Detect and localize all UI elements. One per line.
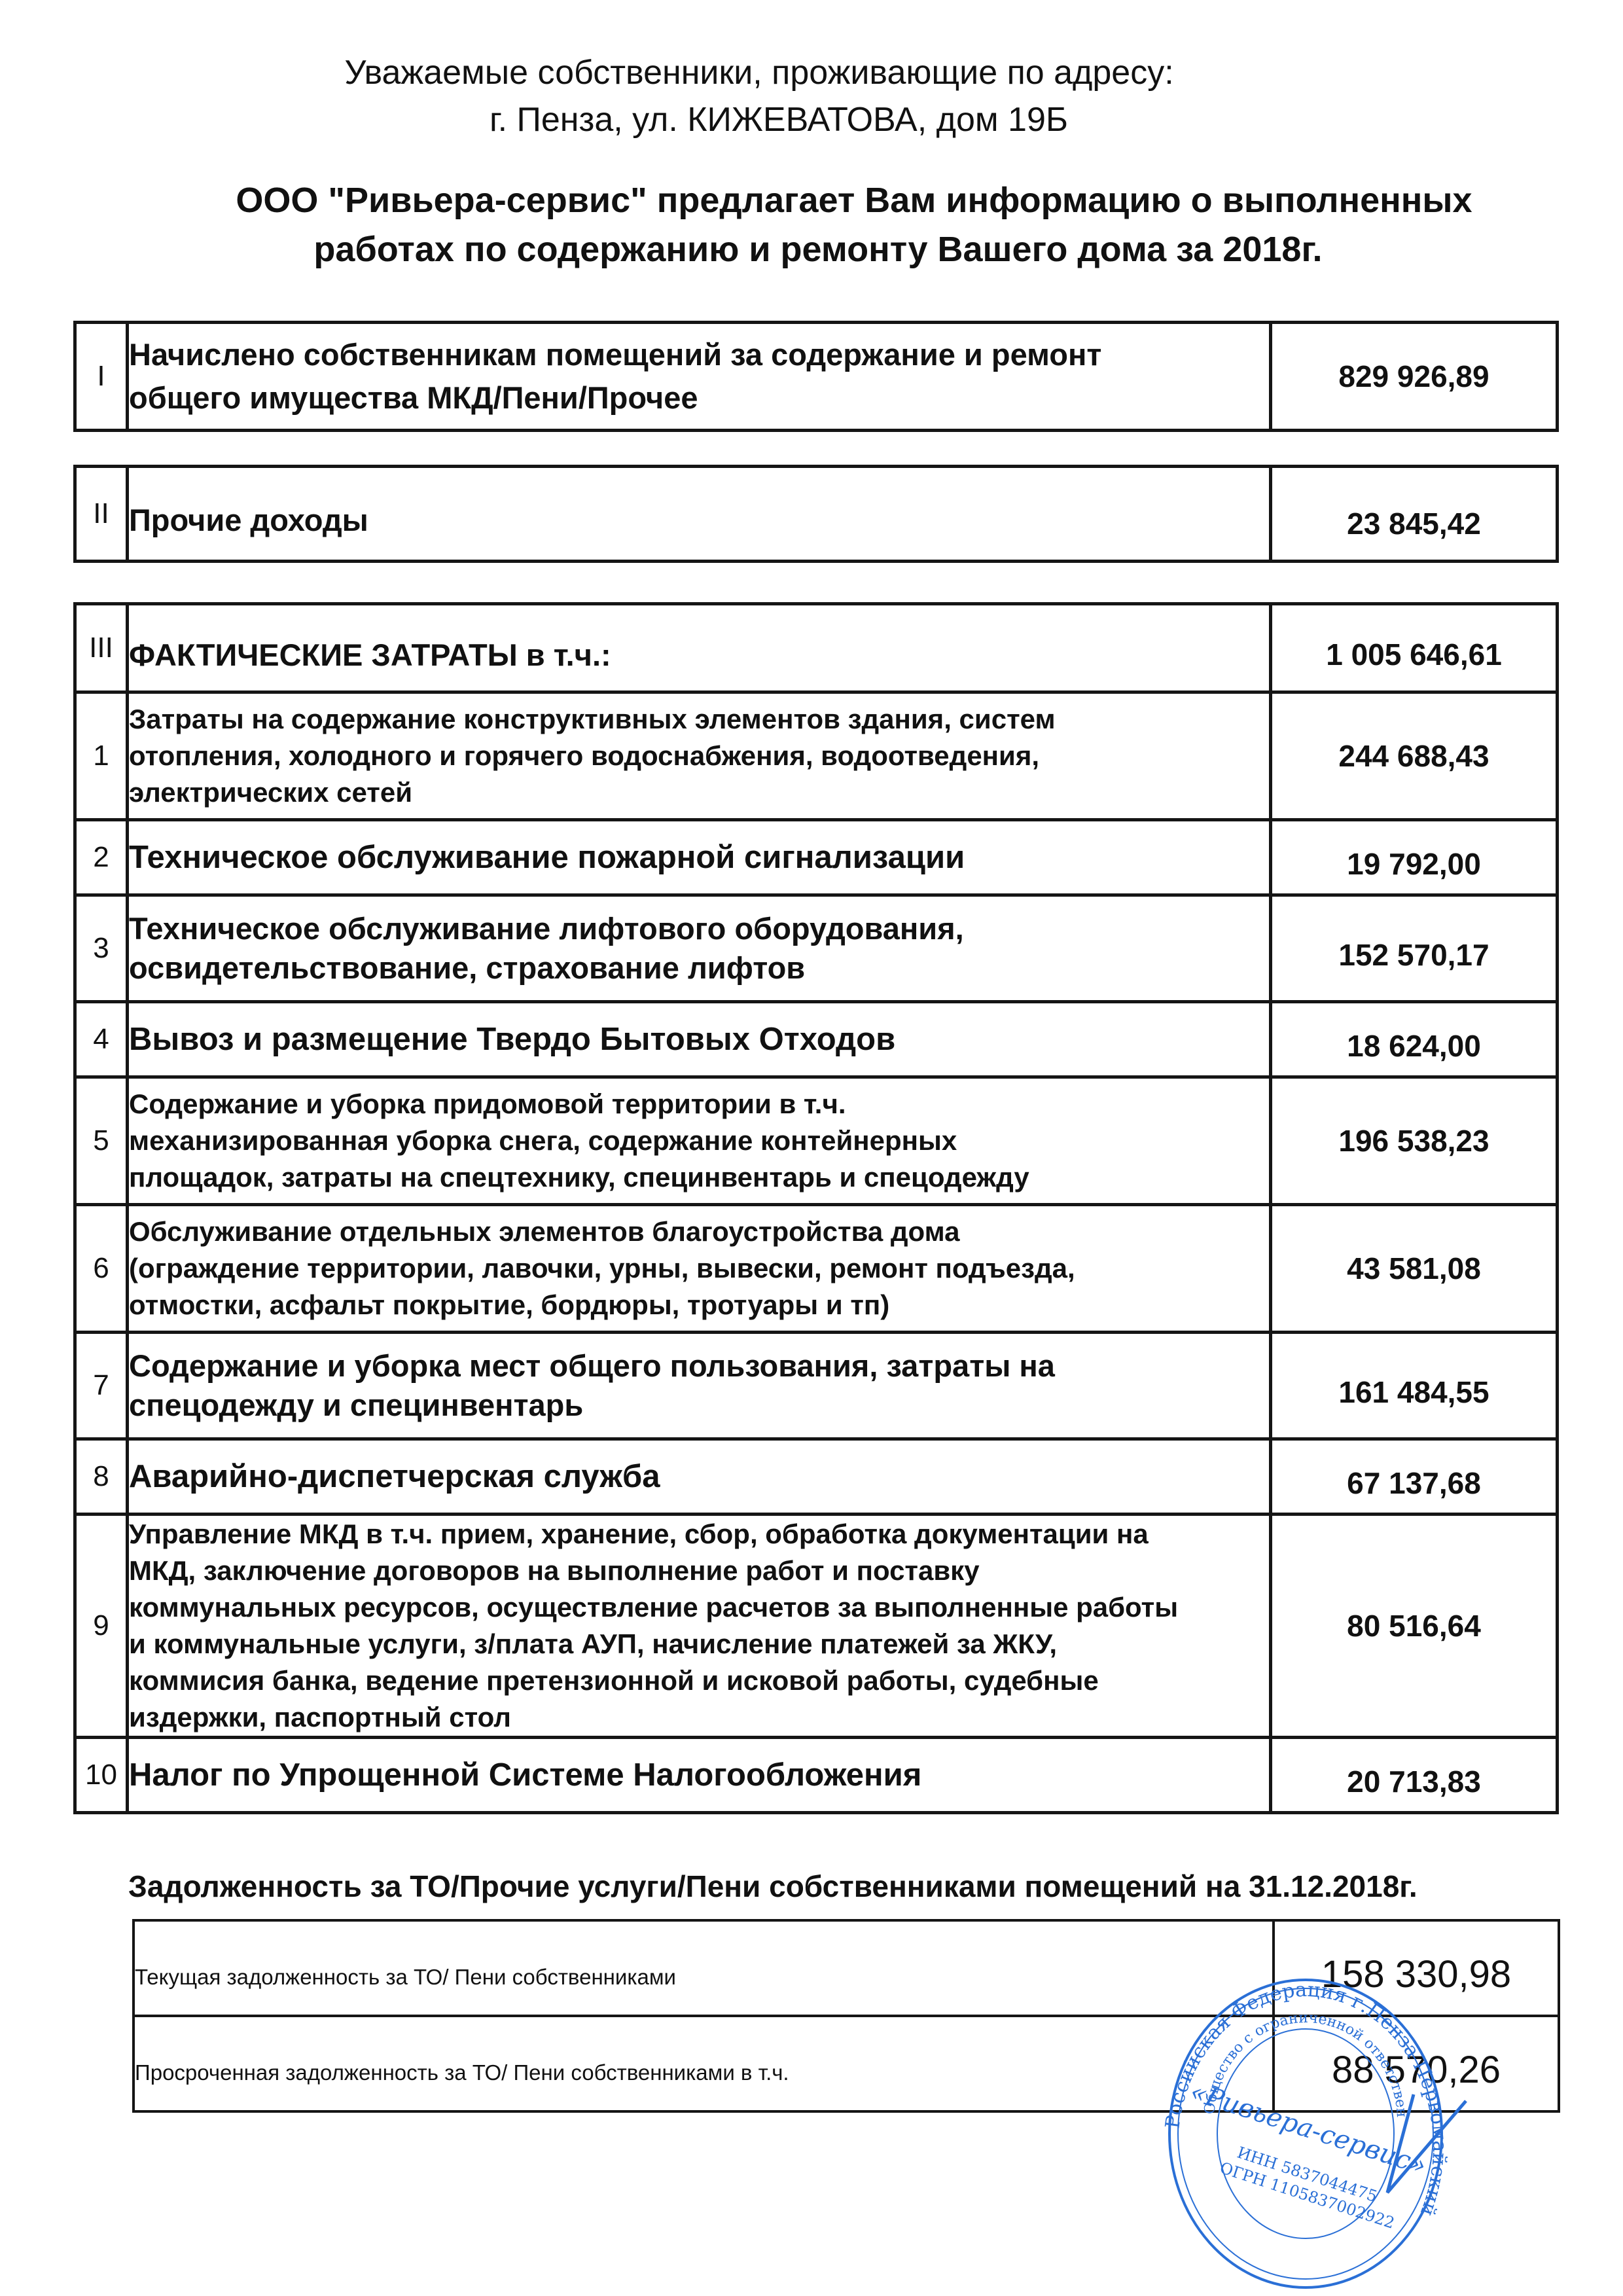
table-row: I Начислено собственникам помещений за с… [75, 323, 1558, 431]
row-value: 244 688,43 [1271, 692, 1558, 820]
description-line: механизированная уборка снега, содержани… [129, 1122, 1269, 1159]
row-description: Обслуживание отдельных элементов благоус… [128, 1205, 1271, 1333]
row-index: 8 [75, 1439, 128, 1515]
description-line: освидетельствование, страхование лифтов [129, 948, 1269, 988]
row-value: 23 845,42 [1271, 467, 1558, 562]
description-line: Начислено собственникам помещений за сод… [129, 333, 1269, 376]
table-row: 10Налог по Упрощенной Системе Налогообло… [75, 1738, 1558, 1813]
row-value: 43 581,08 [1271, 1205, 1558, 1333]
greeting-line-1: Уважаемые собственники, проживающие по а… [0, 51, 1571, 94]
row-value: 152 570,17 [1271, 895, 1558, 1002]
description-line: Затраты на содержание конструктивных эле… [129, 701, 1269, 738]
row-description: Вывоз и размещение Твердо Бытовых Отходо… [128, 1002, 1271, 1077]
row-description: Прочие доходы [128, 467, 1271, 562]
description-line: коммисия банка, ведение претензионной и … [129, 1662, 1269, 1699]
address-line: г. Пенза, ул. КИЖЕВАТОВА, дом 19Б [0, 98, 1590, 141]
description-line: Обслуживание отдельных элементов благоус… [129, 1213, 1269, 1250]
row-value: 20 713,83 [1271, 1738, 1558, 1813]
row-value: 161 484,55 [1271, 1333, 1558, 1439]
table-row: 9Управление МКД в т.ч. прием, хранение, … [75, 1515, 1558, 1738]
description-line: Аварийно-диспетчерская служба [129, 1455, 1269, 1498]
row-index: I [75, 323, 128, 431]
description-line: площадок, затраты на спецтехнику, специн… [129, 1159, 1269, 1196]
intro-line-2: работах по содержанию и ремонту Вашего д… [79, 226, 1558, 273]
actual-costs-table: III ФАКТИЧЕСКИЕ ЗАТРАТЫ в т.ч.: 1 005 64… [73, 602, 1559, 1814]
row-label: Просроченная задолженность за ТО/ Пени с… [134, 2016, 1274, 2111]
signature-icon [1374, 2088, 1505, 2206]
row-value: 829 926,89 [1271, 323, 1558, 431]
row-index: 7 [75, 1333, 128, 1439]
row-description: Налог по Упрощенной Системе Налогообложе… [128, 1738, 1271, 1813]
row-index: 10 [75, 1738, 128, 1813]
row-description: ФАКТИЧЕСКИЕ ЗАТРАТЫ в т.ч.: [128, 604, 1271, 692]
table-row: II Прочие доходы 23 845,42 [75, 467, 1558, 562]
accrued-table: I Начислено собственникам помещений за с… [73, 321, 1559, 432]
row-index: II [75, 467, 128, 562]
row-description: Содержание и уборка придомовой территори… [128, 1077, 1271, 1205]
description-line: Техническое обслуживание лифтового обору… [129, 909, 1269, 948]
other-income-table: II Прочие доходы 23 845,42 [73, 465, 1559, 563]
table-row: 1Затраты на содержание конструктивных эл… [75, 692, 1558, 820]
description-line: коммунальных ресурсов, осуществление рас… [129, 1589, 1269, 1626]
row-description: Содержание и уборка мест общего пользова… [128, 1333, 1271, 1439]
debt-title: Задолженность за ТО/Прочие услуги/Пени с… [128, 1869, 1623, 1904]
row-index: 6 [75, 1205, 128, 1333]
row-index: 1 [75, 692, 128, 820]
table-row-total: III ФАКТИЧЕСКИЕ ЗАТРАТЫ в т.ч.: 1 005 64… [75, 604, 1558, 692]
table-row: 5Содержание и уборка придомовой территор… [75, 1077, 1558, 1205]
row-index: III [75, 604, 128, 692]
row-index: 9 [75, 1515, 128, 1738]
row-label: Текущая задолженность за ТО/ Пени собств… [134, 1920, 1274, 2016]
row-value: 196 538,23 [1271, 1077, 1558, 1205]
row-index: 4 [75, 1002, 128, 1077]
row-index: 5 [75, 1077, 128, 1205]
description-line: отопления, холодного и горячего водоснаб… [129, 738, 1269, 774]
description-line: МКД, заключение договоров на выполнение … [129, 1552, 1269, 1589]
table-row: 3Техническое обслуживание лифтового обор… [75, 895, 1558, 1002]
table-row: 6Обслуживание отдельных элементов благоу… [75, 1205, 1558, 1333]
description-line: и коммунальные услуги, з/плата АУП, начи… [129, 1626, 1269, 1662]
table-row: 7Содержание и уборка мест общего пользов… [75, 1333, 1558, 1439]
row-description: Начислено собственникам помещений за сод… [128, 323, 1271, 431]
intro-line-1: ООО "Ривьера-сервис" предлагает Вам инфо… [115, 177, 1594, 224]
description-line: Содержание и уборка придомовой территори… [129, 1086, 1269, 1122]
table-row: 8Аварийно-диспетчерская служба67 137,68 [75, 1439, 1558, 1515]
row-description: Аварийно-диспетчерская служба [128, 1439, 1271, 1515]
description-line: электрических сетей [129, 774, 1269, 811]
table-row: 4Вывоз и размещение Твердо Бытовых Отход… [75, 1002, 1558, 1077]
row-value: 1 005 646,61 [1271, 604, 1558, 692]
description-line: Вывоз и размещение Твердо Бытовых Отходо… [129, 1018, 1269, 1061]
row-description: Техническое обслуживание пожарной сигнал… [128, 820, 1271, 895]
table-row: 2Техническое обслуживание пожарной сигна… [75, 820, 1558, 895]
description-line: Содержание и уборка мест общего пользова… [129, 1346, 1269, 1386]
description-line: Налог по Упрощенной Системе Налогообложе… [129, 1753, 1269, 1797]
row-value: 19 792,00 [1271, 820, 1558, 895]
description-line: общего имущества МКД/Пени/Прочее [129, 376, 1269, 420]
description-line: отмостки, асфальт покрытие, бордюры, тро… [129, 1287, 1269, 1323]
row-value: 18 624,00 [1271, 1002, 1558, 1077]
row-value: 67 137,68 [1271, 1439, 1558, 1515]
row-description: Затраты на содержание конструктивных эле… [128, 692, 1271, 820]
description-line: (ограждение территории, лавочки, урны, в… [129, 1250, 1269, 1287]
row-index: 2 [75, 820, 128, 895]
description-line: спецодежду и специнвентарь [129, 1386, 1269, 1425]
description-line: Техническое обслуживание пожарной сигнал… [129, 836, 1269, 879]
row-index: 3 [75, 895, 128, 1002]
description-line: издержки, паспортный стол [129, 1699, 1269, 1736]
description-line: Управление МКД в т.ч. прием, хранение, с… [129, 1516, 1269, 1552]
row-description: Техническое обслуживание лифтового обору… [128, 895, 1271, 1002]
row-description: Управление МКД в т.ч. прием, хранение, с… [128, 1515, 1271, 1738]
row-value: 80 516,64 [1271, 1515, 1558, 1738]
